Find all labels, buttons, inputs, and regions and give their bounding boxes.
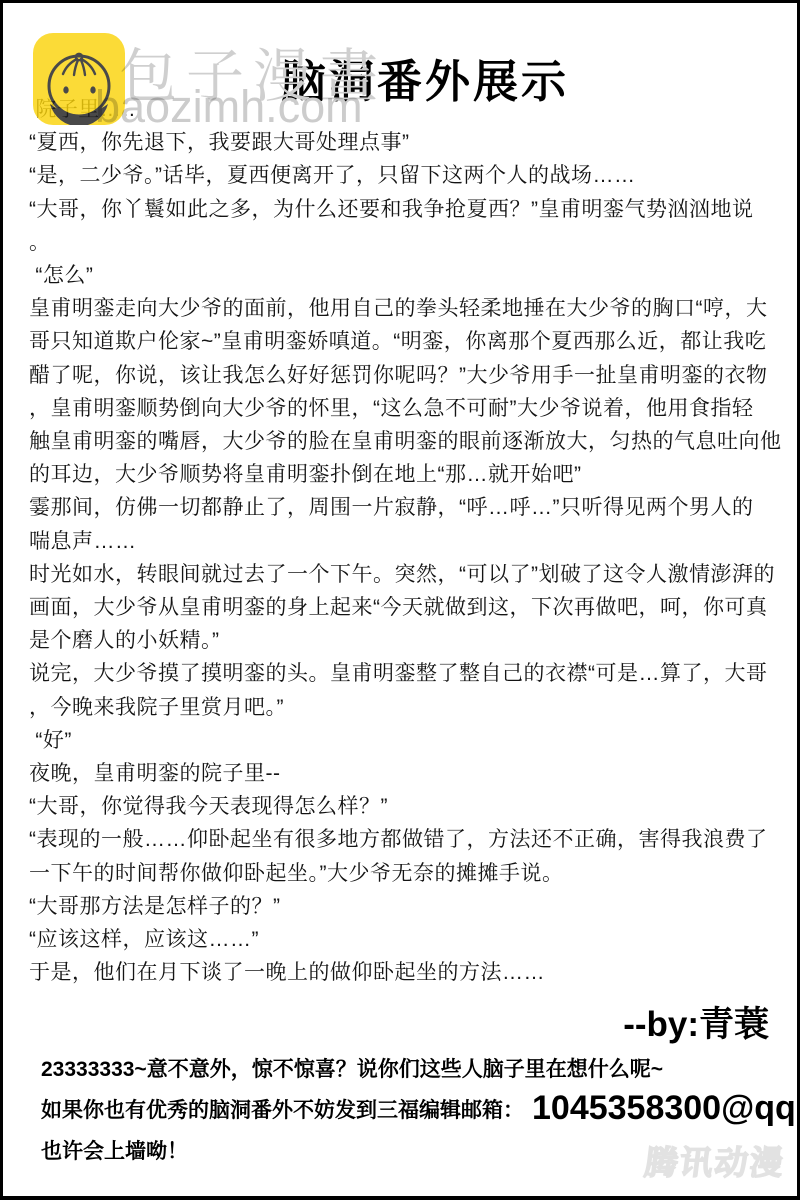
story-line: ，皇甫明銮顺势倒向大少爷的怀里，“这么急不可耐”大少爷说着，他用食指轻 (29, 392, 791, 425)
wall-note: 也许会上墙呦！ (41, 1135, 188, 1165)
story-line: 醋了呢，你说，该让我怎么好好惩罚你呢吗？”大少爷用手一扯皇甫明銮的衣物 (29, 359, 791, 392)
story-line: 喘息声…… (29, 525, 791, 558)
story-line: ，今晚来我院子里赏月吧。” (29, 691, 791, 724)
story-line: 哥只知道欺户伦家~”皇甫明銮娇嗔道。“明銮，你离那个夏西那么近，都让我吃 (29, 325, 791, 358)
submission-prefix: 如果你也有优秀的脑洞番外不妨发到三福编辑邮箱： (41, 1094, 524, 1124)
tencent-comics-watermark: 腾讯动漫 (642, 1137, 788, 1184)
story-text: 院子里……“夏西，你先退下，我要跟大哥处理点事”“是，二少爷。”话毕，夏西便离开… (29, 93, 791, 989)
submission-line: 如果你也有优秀的脑洞番外不妨发到三福编辑邮箱： 1045358300@qq.co… (41, 1089, 797, 1128)
story-line: “怎么” (29, 259, 791, 292)
story-line: 说完，大少爷摸了摸明銮的头。皇甫明銮整了整自己的衣襟“可是…算了，大哥 (29, 657, 791, 690)
editor-email: 1045358300@qq.com (532, 1089, 797, 1128)
comic-text-page: 脑洞番外展示 院子里……“夏西，你先退下，我要跟大哥处理点事”“是，二少爷。”话… (0, 0, 800, 1200)
story-line: 霎那间，仿佛一切都静止了，周围一片寂静，“呼…呼…”只听得见两个男人的 (29, 491, 791, 524)
story-line: 于是，他们在月下谈了一晚上的做仰卧起坐的方法…… (29, 956, 791, 989)
story-line: 夜晚，皇甫明銮的院子里-- (29, 757, 791, 790)
story-line: “好” (29, 724, 791, 757)
story-line: 院子里…… (29, 93, 791, 126)
story-line: 是个磨人的小妖精。” (29, 624, 791, 657)
story-line: “夏西，你先退下，我要跟大哥处理点事” (29, 126, 791, 159)
story-line: 时光如水，转眼间就过去了一个下午。突然，“可以了”划破了这令人激情澎湃的 (29, 558, 791, 591)
footer-teaser: 23333333~意不意外，惊不惊喜？说你们这些人脑子里在想什么呢~ (41, 1053, 663, 1083)
story-line: 触皇甫明銮的嘴唇，大少爷的脸在皇甫明銮的眼前逐渐放大，匀热的气息吐向他 (29, 425, 791, 458)
author-byline: --by:青蓑 (623, 997, 769, 1047)
story-line: “大哥，你丫鬟如此之多，为什么还要和我争抢夏西？”皇甫明銮气势汹汹地说 (29, 193, 791, 226)
story-line: 。 (29, 226, 791, 259)
story-line: 皇甫明銮走向大少爷的面前，他用自己的拳头轻柔地捶在大少爷的胸口“哼，大 (29, 292, 791, 325)
story-line: 一下午的时间帮你做仰卧起坐。”大少爷无奈的摊摊手说。 (29, 857, 791, 890)
story-line: “表现的一般……仰卧起坐有很多地方都做错了，方法还不正确，害得我浪费了 (29, 823, 791, 856)
story-line: “大哥，你觉得我今天表现得怎么样？” (29, 790, 791, 823)
story-line: 的耳边，大少爷顺势将皇甫明銮扑倒在地上“那…就开始吧” (29, 458, 791, 491)
story-line: “应该这样，应该这……” (29, 923, 791, 956)
story-line: “大哥那方法是怎样子的？” (29, 890, 791, 923)
story-line: 画面，大少爷从皇甫明銮的身上起来“今天就做到这，下次再做吧，呵，你可真 (29, 591, 791, 624)
story-line: “是，二少爷。”话毕，夏西便离开了，只留下这两个人的战场…… (29, 159, 791, 192)
